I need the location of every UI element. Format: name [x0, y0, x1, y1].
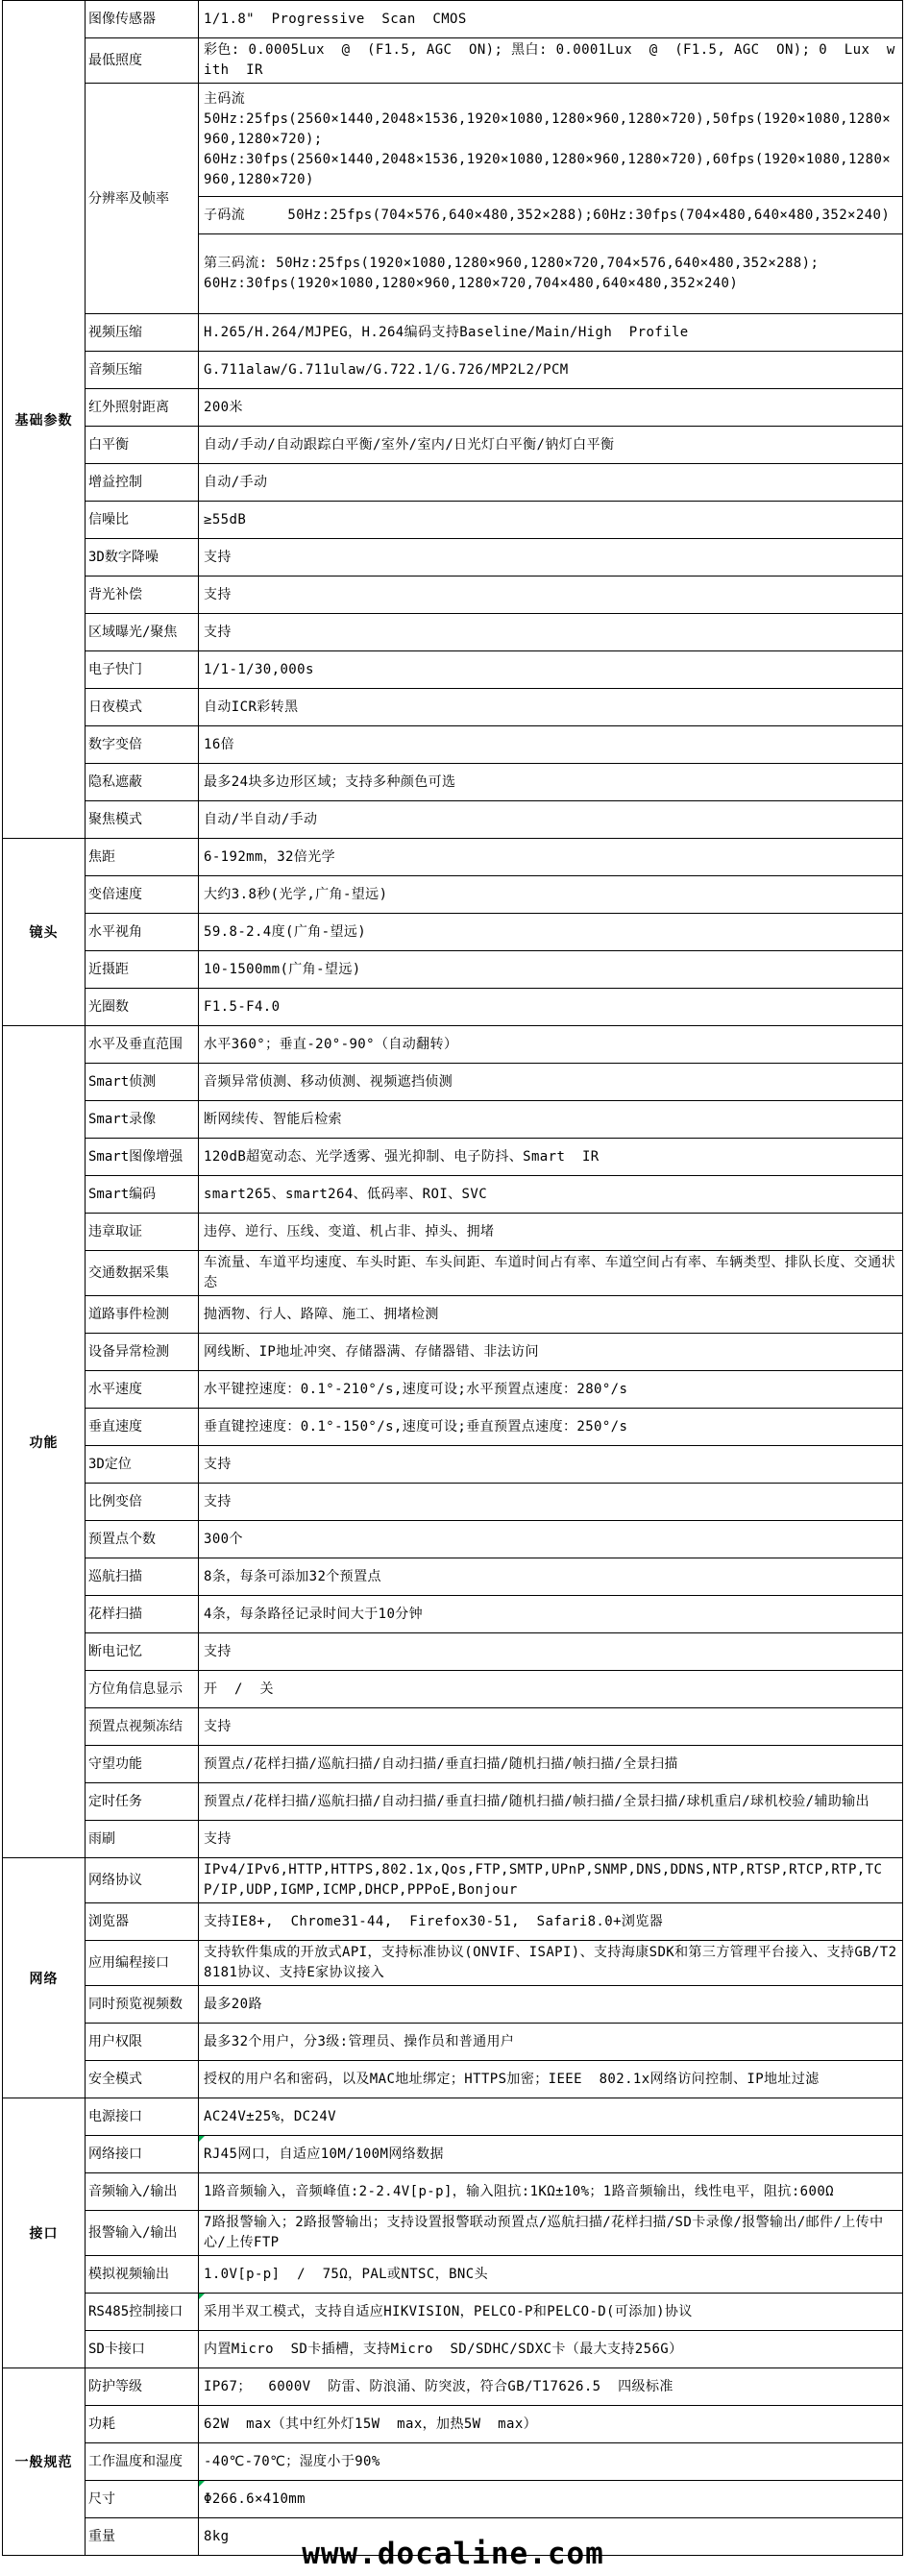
table-row: 变倍速度大约3.8秒(光学,广角-望远) [3, 876, 903, 914]
spec-value-cell: 支持 [199, 1821, 903, 1858]
spec-value-cell: 16倍 [199, 726, 903, 764]
spec-name-cell: 聚焦模式 [86, 801, 199, 839]
spec-value-cell: 开 / 关 [199, 1671, 903, 1708]
spec-value-cell: 1路音频输入，音频峰值:2-2.4V[p-p]，输入阻抗:1KΩ±10%；1路音… [199, 2173, 903, 2211]
table-row: 垂直速度垂直键控速度：0.1°-150°/s,速度可设;垂直预置点速度：250°… [3, 1409, 903, 1446]
spec-sheet: 基础参数图像传感器1/1.8" Progressive Scan CMOS最低照… [0, 0, 906, 2576]
table-row: 近摄距10-1500mm(广角-望远) [3, 951, 903, 989]
spec-value-cell: 4条，每条路径记录时间大于10分钟 [199, 1596, 903, 1633]
spec-name-cell: 防护等级 [86, 2368, 199, 2406]
table-row: 守望功能预置点/花样扫描/巡航扫描/自动扫描/垂直扫描/随机扫描/帧扫描/全景扫… [3, 1746, 903, 1783]
table-row: 比例变倍支持 [3, 1484, 903, 1521]
spec-name-cell: 分辨率及帧率 [86, 84, 199, 314]
table-row: 信噪比≥55dB [3, 502, 903, 539]
spec-name-cell: 预置点个数 [86, 1521, 199, 1558]
spec-name-cell: 交通数据采集 [86, 1251, 199, 1296]
spec-table-body: 基础参数图像传感器1/1.8" Progressive Scan CMOS最低照… [3, 1, 903, 2556]
table-row: 白平衡自动/手动/自动跟踪白平衡/室外/室内/日光灯白平衡/钠灯白平衡 [3, 427, 903, 464]
spec-name-cell: SD卡接口 [86, 2331, 199, 2368]
spec-name-cell: 电源接口 [86, 2098, 199, 2136]
table-row: 断电记忆支持 [3, 1633, 903, 1671]
table-row: RS485控制接口采用半双工模式，支持自适应HIKVISION，PELCO-P和… [3, 2294, 903, 2331]
spec-value-cell: 彩色: 0.0005Lux @ (F1.5, AGC ON); 黑白: 0.00… [199, 38, 903, 84]
spec-value-cell: 62W max（其中红外灯15W max，加热5W max） [199, 2406, 903, 2443]
table-row: Smart图像增强120dB超宽动态、光学透雾、强光抑制、电子防抖、Smart … [3, 1139, 903, 1176]
spec-value-cell: 支持软件集成的开放式API，支持标准协议(ONVIF、ISAPI)、支持海康SD… [199, 1941, 903, 1986]
table-row: 基础参数图像传感器1/1.8" Progressive Scan CMOS [3, 1, 903, 38]
spec-name-cell: 方位角信息显示 [86, 1671, 199, 1708]
table-row: 方位角信息显示开 / 关 [3, 1671, 903, 1708]
table-row: 功耗62W max（其中红外灯15W max，加热5W max） [3, 2406, 903, 2443]
spec-name-cell: 视频压缩 [86, 314, 199, 352]
table-row: 浏览器支持IE8+, Chrome31-44, Firefox30-51, Sa… [3, 1903, 903, 1941]
table-row: 红外照射距离200米 [3, 389, 903, 427]
spec-value-cell: 最多32个用户，分3级:管理员、操作员和普通用户 [199, 2024, 903, 2061]
spec-name-cell: 同时预览视频数 [86, 1986, 199, 2024]
spec-value-cell: 预置点/花样扫描/巡航扫描/自动扫描/垂直扫描/随机扫描/帧扫描/全景扫描/球机… [199, 1783, 903, 1821]
spec-value-cell: 最多20路 [199, 1986, 903, 2024]
table-row: 水平速度水平键控速度：0.1°-210°/s,速度可设;水平预置点速度：280°… [3, 1371, 903, 1409]
spec-name-cell: 图像传感器 [86, 1, 199, 38]
table-row: 聚焦模式自动/半自动/手动 [3, 801, 903, 839]
table-row: 水平视角59.8-2.4度(广角-望远) [3, 914, 903, 951]
spec-name-cell: 水平视角 [86, 914, 199, 951]
watermark-text: www.docaline.com [0, 2537, 906, 2571]
spec-value-cell: 自动/半自动/手动 [199, 801, 903, 839]
table-row: 设备异常检测网线断、IP地址冲突、存储器满、存储器错、非法访问 [3, 1334, 903, 1371]
spec-value-cell: 120dB超宽动态、光学透雾、强光抑制、电子防抖、Smart IR [199, 1139, 903, 1176]
spec-name-cell: 比例变倍 [86, 1484, 199, 1521]
table-row: 光圈数F1.5-F4.0 [3, 989, 903, 1026]
table-row: 接口电源接口AC24V±25%，DC24V [3, 2098, 903, 2136]
spec-name-cell: Smart编码 [86, 1176, 199, 1214]
spec-name-cell: 变倍速度 [86, 876, 199, 914]
spec-name-cell: 近摄距 [86, 951, 199, 989]
table-row: 用户权限最多32个用户，分3级:管理员、操作员和普通用户 [3, 2024, 903, 2061]
category-cell: 基础参数 [3, 1, 86, 839]
spec-name-cell: 工作温度和湿度 [86, 2443, 199, 2481]
spec-value-cell: 水平键控速度：0.1°-210°/s,速度可设;水平预置点速度：280°/s [199, 1371, 903, 1409]
spec-value-cell: 1.0V[p-p] / 75Ω，PAL或NTSC，BNC头 [199, 2256, 903, 2294]
spec-name-cell: 白平衡 [86, 427, 199, 464]
spec-value-cell: 网线断、IP地址冲突、存储器满、存储器错、非法访问 [199, 1334, 903, 1371]
spec-name-cell: 定时任务 [86, 1783, 199, 1821]
table-row: 工作温度和湿度-40℃-70℃；湿度小于90% [3, 2443, 903, 2481]
spec-value-cell: 59.8-2.4度(广角-望远) [199, 914, 903, 951]
spec-name-cell: 区域曝光/聚焦 [86, 614, 199, 651]
spec-value-cell: 8条，每条可添加32个预置点 [199, 1558, 903, 1596]
spec-name-cell: 音频压缩 [86, 352, 199, 389]
spec-name-cell: 花样扫描 [86, 1596, 199, 1633]
table-row: Smart录像断网续传、智能后检索 [3, 1101, 903, 1139]
spec-value-cell: 自动ICR彩转黑 [199, 689, 903, 726]
spec-name-cell: 音频输入/输出 [86, 2173, 199, 2211]
spec-name-cell: 模拟视频输出 [86, 2256, 199, 2294]
spec-value-cell: IPv4/IPv6,HTTP,HTTPS,802.1x,Qos,FTP,SMTP… [199, 1858, 903, 1903]
spec-value-cell: 内置Micro SD卡插槽，支持Micro SD/SDHC/SDXC卡（最大支持… [199, 2331, 903, 2368]
spec-name-cell: 水平速度 [86, 1371, 199, 1409]
table-row: 尺寸Φ266.6×410mm [3, 2481, 903, 2518]
spec-value-cell: 授权的用户名和密码，以及MAC地址绑定；HTTPS加密；IEEE 802.1x网… [199, 2061, 903, 2098]
spec-value-cell: RJ45网口，自适应10M/100M网络数据 [199, 2136, 903, 2173]
spec-name-cell: Smart图像增强 [86, 1139, 199, 1176]
spec-name-cell: 电子快门 [86, 651, 199, 689]
stream-subcell: 第三码流: 50Hz:25fps(1920×1080,1280×960,1280… [199, 233, 902, 313]
spec-value-cell: 7路报警输入；2路报警输出；支持设置报警联动预置点/巡航扫描/花样扫描/SD卡录… [199, 2211, 903, 2256]
spec-name-cell: 守望功能 [86, 1746, 199, 1783]
spec-value-cell: 自动/手动 [199, 464, 903, 502]
table-row: 音频输入/输出1路音频输入，音频峰值:2-2.4V[p-p]，输入阻抗:1KΩ±… [3, 2173, 903, 2211]
table-row: 花样扫描4条，每条路径记录时间大于10分钟 [3, 1596, 903, 1633]
spec-value-cell: 最多24块多边形区域；支持多种颜色可选 [199, 764, 903, 801]
spec-name-cell: 浏览器 [86, 1903, 199, 1941]
spec-value-cell: 1/1.8" Progressive Scan CMOS [199, 1, 903, 38]
spec-name-cell: 尺寸 [86, 2481, 199, 2518]
spec-name-cell: 网络接口 [86, 2136, 199, 2173]
spec-name-cell: 最低照度 [86, 38, 199, 84]
stream-subcell: 子码流 50Hz:25fps(704×576,640×480,352×288);… [199, 196, 902, 233]
spec-value-cell: 水平360°；垂直-20°-90°（自动翻转） [199, 1026, 903, 1064]
spec-name-cell: 垂直速度 [86, 1409, 199, 1446]
table-row: 报警输入/输出7路报警输入；2路报警输出；支持设置报警联动预置点/巡航扫描/花样… [3, 2211, 903, 2256]
spec-name-cell: 3D定位 [86, 1446, 199, 1484]
table-row: 应用编程接口支持软件集成的开放式API，支持标准协议(ONVIF、ISAPI)、… [3, 1941, 903, 1986]
spec-name-cell: 违章取证 [86, 1214, 199, 1251]
spec-value-cell: 大约3.8秒(光学,广角-望远) [199, 876, 903, 914]
table-row: 3D数字降噪支持 [3, 539, 903, 577]
table-row: 功能水平及垂直范围水平360°；垂直-20°-90°（自动翻转） [3, 1026, 903, 1064]
spec-value-cell: 断网续传、智能后检索 [199, 1101, 903, 1139]
spec-name-cell: 红外照射距离 [86, 389, 199, 427]
spec-value-cell: Φ266.6×410mm [199, 2481, 903, 2518]
spec-name-cell: 道路事件检测 [86, 1296, 199, 1334]
spec-name-cell: 日夜模式 [86, 689, 199, 726]
table-row: 模拟视频输出1.0V[p-p] / 75Ω，PAL或NTSC，BNC头 [3, 2256, 903, 2294]
table-row: 隐私遮蔽最多24块多边形区域；支持多种颜色可选 [3, 764, 903, 801]
spec-table: 基础参数图像传感器1/1.8" Progressive Scan CMOS最低照… [2, 0, 903, 2556]
spec-value-cell: 300个 [199, 1521, 903, 1558]
spec-name-cell: 用户权限 [86, 2024, 199, 2061]
spec-name-cell: 数字变倍 [86, 726, 199, 764]
category-cell: 功能 [3, 1026, 86, 1858]
table-row: 音频压缩G.711alaw/G.711ulaw/G.722.1/G.726/MP… [3, 352, 903, 389]
spec-name-cell: 增益控制 [86, 464, 199, 502]
spec-value-cell: -40℃-70℃；湿度小于90% [199, 2443, 903, 2481]
table-row: 电子快门1/1-1/30,000s [3, 651, 903, 689]
spec-name-cell: 设备异常检测 [86, 1334, 199, 1371]
table-row: 交通数据采集车流量、车道平均速度、车头时距、车头间距、车道时间占有率、车道空间占… [3, 1251, 903, 1296]
table-row: 网络网络协议IPv4/IPv6,HTTP,HTTPS,802.1x,Qos,FT… [3, 1858, 903, 1903]
spec-name-cell: 报警输入/输出 [86, 2211, 199, 2256]
spec-value-cell: 车流量、车道平均速度、车头时距、车头间距、车道时间占有率、车道空间占有率、车辆类… [199, 1251, 903, 1296]
spec-name-cell: 雨刷 [86, 1821, 199, 1858]
table-row: 雨刷支持 [3, 1821, 903, 1858]
spec-value-cell: 6-192mm，32倍光学 [199, 839, 903, 876]
spec-value-cell: AC24V±25%，DC24V [199, 2098, 903, 2136]
spec-value-cell: 自动/手动/自动跟踪白平衡/室外/室内/日光灯白平衡/钠灯白平衡 [199, 427, 903, 464]
spec-value-cell: 抛洒物、行人、路障、施工、拥堵检测 [199, 1296, 903, 1334]
spec-name-cell: RS485控制接口 [86, 2294, 199, 2331]
table-row: 数字变倍16倍 [3, 726, 903, 764]
spec-name-cell: 焦距 [86, 839, 199, 876]
spec-name-cell: 网络协议 [86, 1858, 199, 1903]
spec-value-cell: 1/1-1/30,000s [199, 651, 903, 689]
spec-name-cell: 应用编程接口 [86, 1941, 199, 1986]
spec-value-cell: 支持 [199, 1633, 903, 1671]
category-cell: 网络 [3, 1858, 86, 2098]
stream-subcell: 主码流 50Hz:25fps(2560×1440,2048×1536,1920×… [199, 84, 902, 196]
table-row: 日夜模式自动ICR彩转黑 [3, 689, 903, 726]
spec-name-cell: 隐私遮蔽 [86, 764, 199, 801]
spec-value-cell: 支持 [199, 1708, 903, 1746]
table-row: 区域曝光/聚焦支持 [3, 614, 903, 651]
spec-value-cell: 支持 [199, 1446, 903, 1484]
spec-name-cell: 断电记忆 [86, 1633, 199, 1671]
table-row: SD卡接口内置Micro SD卡插槽，支持Micro SD/SDHC/SDXC卡… [3, 2331, 903, 2368]
spec-name-cell: Smart侦测 [86, 1064, 199, 1101]
spec-value-cell: H.265/H.264/MJPEG，H.264编码支持Baseline/Main… [199, 314, 903, 352]
table-row: 视频压缩H.265/H.264/MJPEG，H.264编码支持Baseline/… [3, 314, 903, 352]
table-row: Smart侦测音频异常侦测、移动侦测、视频遮挡侦测 [3, 1064, 903, 1101]
spec-value-cell: IP67； 6000V 防雷、防浪涌、防突波，符合GB/T17626.5 四级标… [199, 2368, 903, 2406]
spec-value-cell: smart265、smart264、低码率、ROI、SVC [199, 1176, 903, 1214]
spec-name-cell: 功耗 [86, 2406, 199, 2443]
spec-name-cell: 水平及垂直范围 [86, 1026, 199, 1064]
category-cell: 一般规范 [3, 2368, 86, 2556]
spec-value-cell: 10-1500mm(广角-望远) [199, 951, 903, 989]
spec-value-cell: 200米 [199, 389, 903, 427]
table-row: 增益控制自动/手动 [3, 464, 903, 502]
spec-name-cell: 安全模式 [86, 2061, 199, 2098]
spec-name-cell: 3D数字降噪 [86, 539, 199, 577]
table-row: 预置点个数300个 [3, 1521, 903, 1558]
spec-name-cell: 预置点视频冻结 [86, 1708, 199, 1746]
spec-value-cell: 主码流 50Hz:25fps(2560×1440,2048×1536,1920×… [199, 84, 903, 314]
table-row: 一般规范防护等级IP67； 6000V 防雷、防浪涌、防突波，符合GB/T176… [3, 2368, 903, 2406]
table-row: Smart编码smart265、smart264、低码率、ROI、SVC [3, 1176, 903, 1214]
spec-name-cell: 光圈数 [86, 989, 199, 1026]
table-row: 安全模式授权的用户名和密码，以及MAC地址绑定；HTTPS加密；IEEE 802… [3, 2061, 903, 2098]
spec-name-cell: 背光补偿 [86, 577, 199, 614]
spec-value-cell: 违停、逆行、压线、变道、机占非、掉头、拥堵 [199, 1214, 903, 1251]
spec-value-cell: 支持 [199, 1484, 903, 1521]
table-row: 同时预览视频数最多20路 [3, 1986, 903, 2024]
spec-value-cell: 采用半双工模式，支持自适应HIKVISION，PELCO-P和PELCO-D(可… [199, 2294, 903, 2331]
spec-name-cell: Smart录像 [86, 1101, 199, 1139]
spec-value-cell: 支持IE8+, Chrome31-44, Firefox30-51, Safar… [199, 1903, 903, 1941]
spec-value-cell: ≥55dB [199, 502, 903, 539]
table-row: 定时任务预置点/花样扫描/巡航扫描/自动扫描/垂直扫描/随机扫描/帧扫描/全景扫… [3, 1783, 903, 1821]
table-row: 镜头焦距6-192mm，32倍光学 [3, 839, 903, 876]
table-row: 预置点视频冻结支持 [3, 1708, 903, 1746]
category-cell: 镜头 [3, 839, 86, 1026]
table-row: 网络接口RJ45网口，自适应10M/100M网络数据 [3, 2136, 903, 2173]
category-cell: 接口 [3, 2098, 86, 2368]
spec-value-cell: F1.5-F4.0 [199, 989, 903, 1026]
table-row: 巡航扫描8条，每条可添加32个预置点 [3, 1558, 903, 1596]
table-row: 道路事件检测抛洒物、行人、路障、施工、拥堵检测 [3, 1296, 903, 1334]
spec-value-cell: 支持 [199, 577, 903, 614]
table-row: 最低照度彩色: 0.0005Lux @ (F1.5, AGC ON); 黑白: … [3, 38, 903, 84]
table-row: 违章取证违停、逆行、压线、变道、机占非、掉头、拥堵 [3, 1214, 903, 1251]
spec-value-cell: 支持 [199, 539, 903, 577]
spec-name-cell: 信噪比 [86, 502, 199, 539]
spec-value-cell: 垂直键控速度：0.1°-150°/s,速度可设;垂直预置点速度：250°/s [199, 1409, 903, 1446]
spec-value-cell: G.711alaw/G.711ulaw/G.722.1/G.726/MP2L2/… [199, 352, 903, 389]
spec-name-cell: 巡航扫描 [86, 1558, 199, 1596]
table-row: 背光补偿支持 [3, 577, 903, 614]
table-row: 分辨率及帧率主码流 50Hz:25fps(2560×1440,2048×1536… [3, 84, 903, 314]
table-row: 3D定位支持 [3, 1446, 903, 1484]
spec-value-cell: 预置点/花样扫描/巡航扫描/自动扫描/垂直扫描/随机扫描/帧扫描/全景扫描 [199, 1746, 903, 1783]
spec-value-cell: 音频异常侦测、移动侦测、视频遮挡侦测 [199, 1064, 903, 1101]
spec-value-cell: 支持 [199, 614, 903, 651]
